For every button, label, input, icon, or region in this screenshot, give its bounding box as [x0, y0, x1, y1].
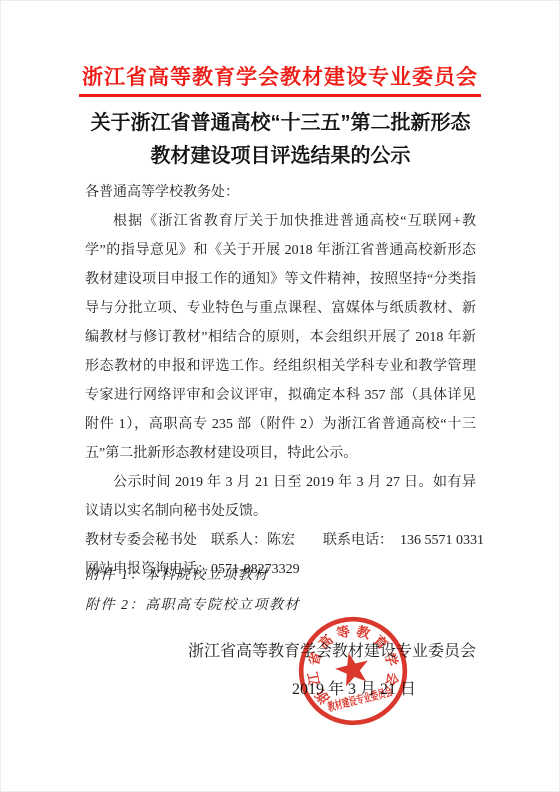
title-line-2: 教材建设项目评选结果的公示 [85, 140, 476, 173]
salutation-line: 各普通高等学校教务处： [85, 178, 476, 207]
signature-date: 2019 年 3 月 21 日 [85, 678, 416, 702]
signature-block: 浙江省高等教育学会教材建设专业委员会 2019 年 3 月 21 日 [85, 640, 476, 702]
svg-text:等: 等 [335, 622, 352, 641]
attachment-item-2: 附件 2：高职高专院校立项教材 [85, 591, 476, 621]
org-title-underlined: 浙江省高等教育学会教材建设专业委员会 [79, 61, 481, 97]
body-paragraph-2: 公示时间 2019 年 3 月 21 日至 2019 年 3 月 27 日。如有… [85, 468, 476, 526]
announcement-document-page: 浙江省高等教育学会教材建设专业委员会 关于浙江省普通高校“十三五”第二批新形态 … [0, 0, 560, 792]
title-line-1: 关于浙江省普通高校“十三五”第二批新形态 [85, 107, 476, 140]
attachments-list: 附件 1：本科院校立项教材 附件 2：高职高专院校立项教材 [85, 561, 476, 621]
signature-org-name: 浙江省高等教育学会教材建设专业委员会 [85, 640, 476, 664]
document-title: 关于浙江省普通高校“十三五”第二批新形态 教材建设项目评选结果的公示 [85, 107, 476, 173]
document-header: 浙江省高等教育学会教材建设专业委员会 [0, 61, 560, 97]
attachment-item-1: 附件 1：本科院校立项教材 [85, 561, 476, 591]
contact-line-secretariat: 教材专委会秘书处 联系人：陈宏 联系电话： 136 5571 0331 [85, 526, 476, 555]
svg-text:教: 教 [355, 623, 373, 642]
document-body: 各普通高等学校教务处： 根据《浙江省教育厅关于加快推进普通高校“互联网+教学”的… [85, 178, 476, 584]
body-paragraph-1: 根据《浙江省教育厅关于加快推进普通高校“互联网+教学”的指导意见》和《关于开展 … [85, 207, 476, 468]
